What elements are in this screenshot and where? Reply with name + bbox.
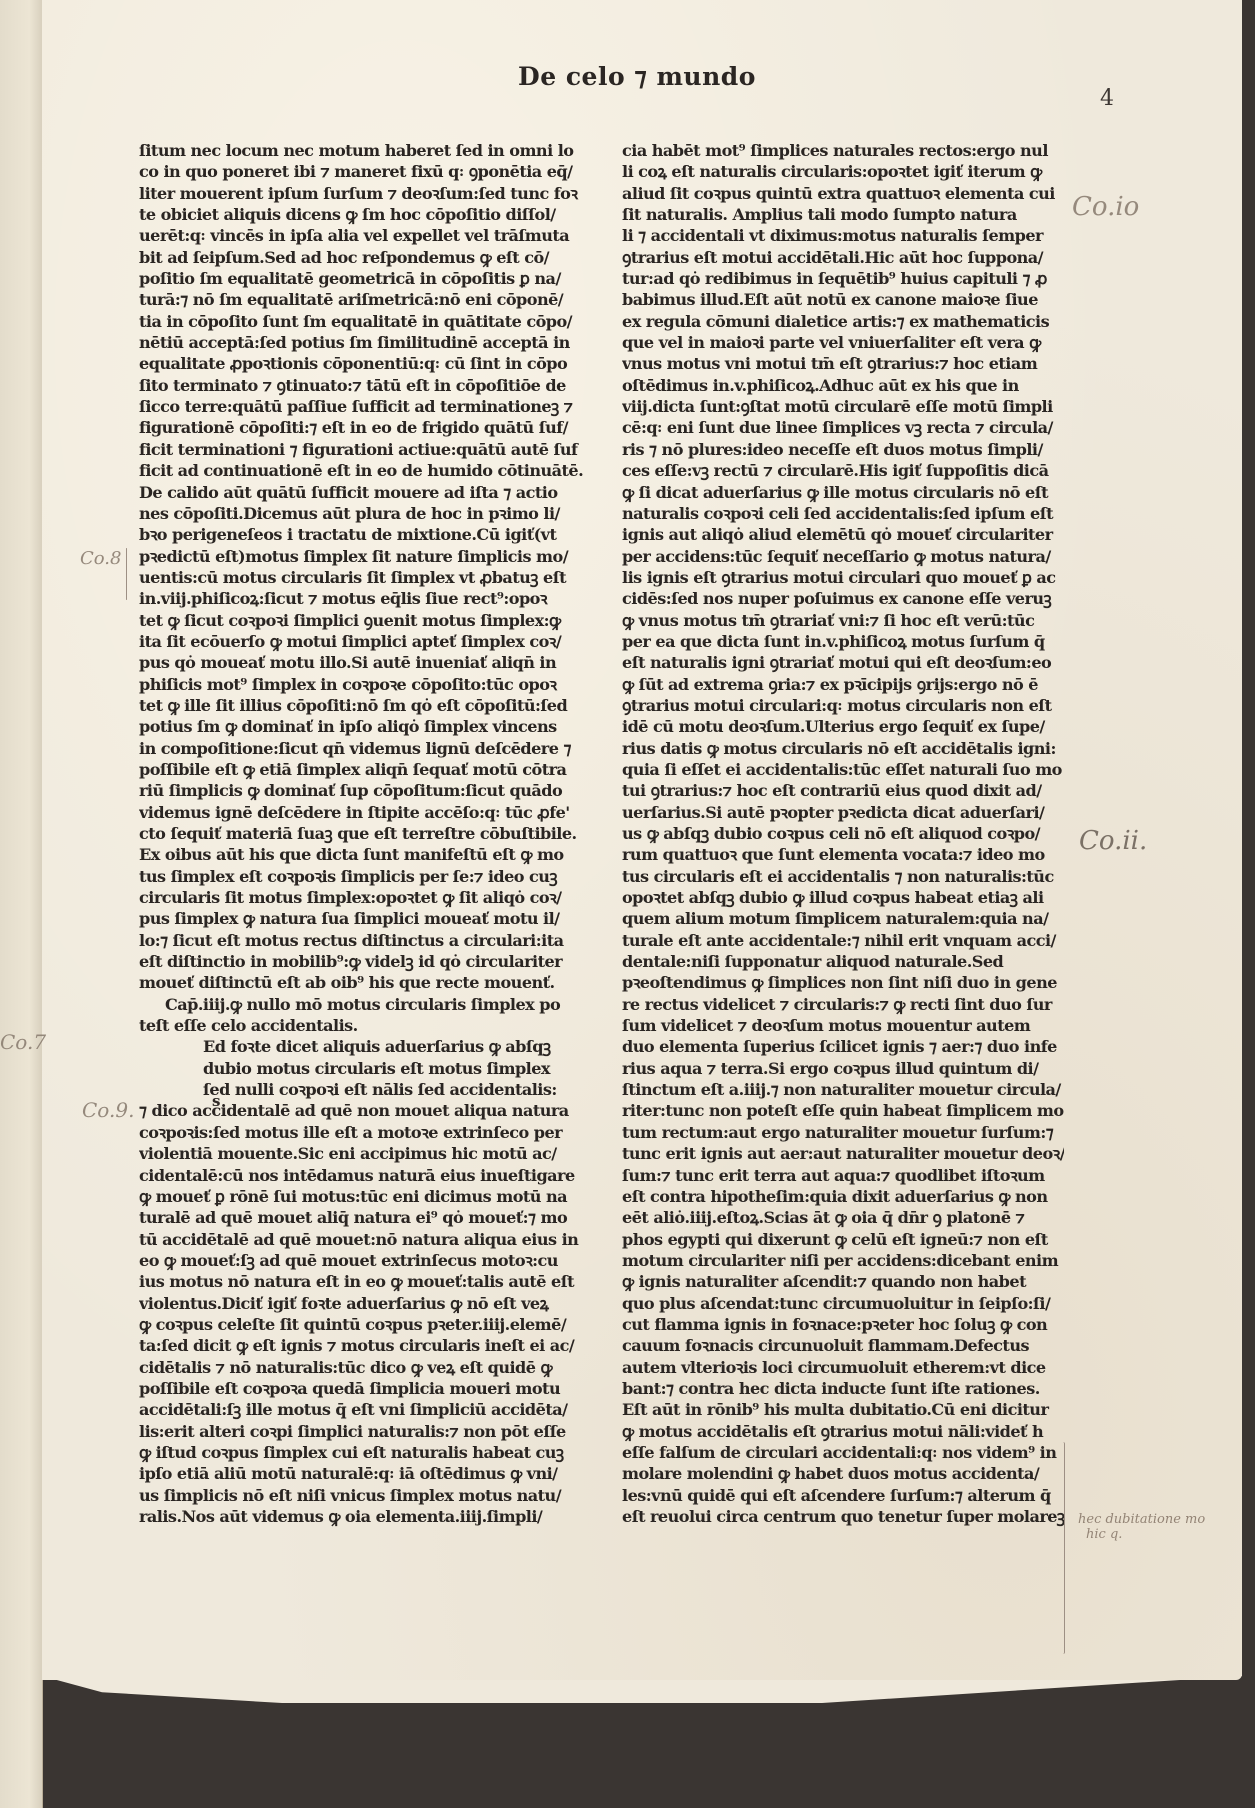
- text-line: eſt naturalis igni ꝯtrariať motui qui eſ…: [622, 652, 1064, 673]
- text-line: riū ſimplicis ꝙ dominať ſup cōpoſitum:ſi…: [139, 780, 583, 801]
- text-line: us ꝙ abſqꝫ dubio coꝛpus celi nō eſt aliq…: [622, 823, 1064, 844]
- text-line: tū accidētalē ad quē mouet:nō natura ali…: [139, 1229, 583, 1250]
- text-line: ris ⁊ nō plures:ideo neceſſe eſt duos mo…: [622, 439, 1064, 460]
- text-line: ficit terminationi ⁊ figurationi actiue:…: [139, 439, 583, 460]
- signature-mark: s: [212, 1092, 220, 1110]
- text-line: accidētali:ſꝫ ille motus q̄ eſt vni ſimp…: [139, 1399, 583, 1420]
- text-line: us ſimplicis nō eſt niſi vnicus ſimplex …: [139, 1485, 583, 1506]
- text-line: moueť diſtinctū eſt ab oib⁹ his que rect…: [139, 972, 583, 993]
- text-line: turalē ad quē mouet aliq̄ natura ei⁹ qȯ …: [139, 1207, 583, 1228]
- text-line: ſit naturalis. Amplius tali modo ſumpto …: [622, 204, 1064, 225]
- text-line: tet ꝙ ſicut coꝛpoꝛi ſimplici ꝯuenit motu…: [139, 610, 583, 631]
- text-line: turale eſt ante accidentale:⁊ nihil erit…: [622, 930, 1064, 951]
- text-line: duo elementa ſuperius ſcilicet ignis ⁊ a…: [622, 1036, 1064, 1057]
- text-line: ꝙ motus accidētalis eſt ꝯtrarius motui n…: [622, 1421, 1064, 1442]
- text-line: tus ſimplex eſt coꝛpoꝛis ſimplicis per ſ…: [139, 866, 583, 887]
- text-line: phiſicis mot⁹ ſimplex in coꝛpoꝛe cōpoſit…: [139, 674, 583, 695]
- text-line: dubio motus circularis eſt motus ſimplex: [139, 1058, 583, 1079]
- text-line: uerēt:q꞉ vincēs in ipſa alia vel expelle…: [139, 225, 583, 246]
- text-line: poſitio ſm equalitatē geometricā in cōpo…: [139, 268, 583, 289]
- text-line: bit ad ſeipſum.Sed ad hoc reſpondemus ꝙ …: [139, 247, 583, 268]
- text-line: uentis:cū motus circularis ſit ſimplex v…: [139, 567, 583, 588]
- text-line: pus qȯ moueať motu illo.Si autē inueniať…: [139, 652, 583, 673]
- text-line: poſſibile eſt ꝙ etiā ſimplex aliqn̄ ſequ…: [139, 759, 583, 780]
- text-line: in.viij.phiſicoꝝ:ſicut ⁊ motus eq̄lis ſi…: [139, 588, 583, 609]
- text-line: opoꝛtet abſqꝫ dubio ꝙ illud coꝛpus habea…: [622, 887, 1064, 908]
- text-line: cauum foꝛnacis circunuoluit flammam.Defe…: [622, 1335, 1064, 1356]
- text-line: li coꝝ eſt naturalis circularis:opoꝛtet …: [622, 161, 1064, 182]
- text-line: quo plus aſcendat:tunc circumuoluitur in…: [622, 1293, 1064, 1314]
- text-line: rum quattuoꝛ que ſunt elementa vocata:⁊ …: [622, 844, 1064, 865]
- text-line: coꝛpoꝛis:ſed motus ille eſt a motoꝛe ext…: [139, 1122, 583, 1143]
- text-line: liter mouerent ipſum ſurſum ⁊ deoꝛſum:ſe…: [139, 183, 583, 204]
- text-line: Cap̄.iiij.ꝙ nullo mō motus circularis ſi…: [139, 994, 583, 1015]
- text-line: ſitum nec locum nec motum haberet ſed in…: [139, 140, 583, 161]
- text-line: ꝙ moueť ꝑ rōnē ſui motus:tūc eni dicimus…: [139, 1186, 583, 1207]
- text-line: ces eſſe:vꝫ rectū ⁊ circularē.His igiť ſ…: [622, 460, 1064, 481]
- text-line: viij.dicta ſunt:ꝯſtat motū circularē eſſ…: [622, 396, 1064, 417]
- text-line: riter:tunc non poteſt eſſe quin habeat ſ…: [622, 1100, 1064, 1121]
- text-line: motum circulariter niſi per accidens:dic…: [622, 1250, 1064, 1271]
- text-line: uerſarius.Si autē pꝛopter pꝛedicta dicat…: [622, 802, 1064, 823]
- text-line: ficit ad continuationē eſt in eo de humi…: [139, 460, 583, 481]
- marginal-note-co-11: Co.ii.: [1079, 826, 1147, 856]
- text-line: figurationē cōpoſiti:⁊ eſt in eo de frig…: [139, 417, 583, 438]
- margin-bracket: [126, 548, 127, 600]
- text-line: violentiā mouente.Sic eni accipimus hic …: [139, 1143, 583, 1164]
- text-line: ꝙ coꝛpus celeſte ſit quintū coꝛpus pꝛete…: [139, 1314, 583, 1335]
- text-line: tum rectum:aut ergo naturaliter mouetur …: [622, 1122, 1064, 1143]
- text-line: cidēs:ſed nos nuper poſuimus ex canone e…: [622, 588, 1064, 609]
- text-line: ralis.Nos aūt videmus ꝙ oia elementa.iii…: [139, 1506, 583, 1527]
- text-line: pus ſimplex ꝙ natura ſua ſimplici moueať…: [139, 908, 583, 929]
- text-line: poſſibile eſt coꝛpoꝛa quedā ſimplicia mo…: [139, 1378, 583, 1399]
- text-line: equalitate ꝓpoꝛtionis cōponentiū:q꞉ cū ſ…: [139, 353, 583, 374]
- text-line: ius motus nō natura eſt in eo ꝙ moueť:ta…: [139, 1271, 583, 1292]
- text-line: eēt aliȯ.iiij.eſtoꝝ.Scias āt ꝙ oia q̄ dn…: [622, 1207, 1064, 1228]
- text-column-left: ſitum nec locum nec motum haberet ſed in…: [139, 140, 583, 1527]
- text-line: lis ignis eſt ꝯtrarius motui circulari q…: [622, 567, 1064, 588]
- text-line: Eſt aūt in rōnib⁹ his multa dubitatio.Cū…: [622, 1399, 1064, 1420]
- text-line: ꝯtrarius motui circulari:q꞉ motus circul…: [622, 695, 1064, 716]
- text-line: li ⁊ accidentali vt diximus:motus natura…: [622, 225, 1064, 246]
- text-line: co in quo poneret ibi ⁊ maneret fixū q꞉ …: [139, 161, 583, 182]
- text-line: ⁊ dico accidentalē ad quē non mouet aliq…: [139, 1100, 583, 1121]
- text-line: eſſe falſum de circulari accidentali:q꞉ …: [622, 1442, 1064, 1463]
- text-line: teſt eſſe celo accidentalis.: [139, 1015, 583, 1036]
- text-line: lo:⁊ ſicut eſt motus rectus diſtinctus a…: [139, 930, 583, 951]
- text-line: tunc erit ignis aut aer:aut naturaliter …: [622, 1143, 1064, 1164]
- book-page: De celo ⁊ mundo 4 ſitum nec locum nec mo…: [42, 0, 1242, 1680]
- text-line: ſtinctum eſt a.iiij.⁊ non naturaliter mo…: [622, 1079, 1064, 1100]
- text-line: per accidens:tūc ſequiť neceſſario ꝙ mot…: [622, 546, 1064, 567]
- running-head: De celo ⁊ mundo: [42, 62, 1242, 91]
- text-line: eſt reuolui circa centrum quo tenetur ſu…: [622, 1506, 1064, 1527]
- text-line: ſum videlicet ⁊ deoꝛſum motus mouentur a…: [622, 1015, 1064, 1036]
- marginal-note-co-9: Co.9.: [82, 1098, 134, 1122]
- text-line: eſt diſtinctio in mobilib⁹:ꝙ videlꝫ id q…: [139, 951, 583, 972]
- text-line: rius aqua ⁊ terra.Si ergo coꝛpus illud q…: [622, 1058, 1064, 1079]
- text-line: violentus.Diciť igiť foꝛte aduerſarius ꝙ…: [139, 1293, 583, 1314]
- text-line: tia in cōpoſito ſunt ſm equalitatē in qu…: [139, 311, 583, 332]
- facing-page-edge: [0, 0, 43, 1808]
- marginal-note-dubitatio-line2: hic q.: [1078, 1527, 1205, 1542]
- text-line: Ex oibus aūt his que dicta ſunt manifeſt…: [139, 844, 583, 865]
- text-line: ſicco terre:quātū paſſiue ſufficit ad te…: [139, 396, 583, 417]
- text-line: cto ſequiť materiā ſuaꝫ que eſt terreſtr…: [139, 823, 583, 844]
- running-head-text: De celo ⁊ mundo: [518, 62, 756, 91]
- text-line: tus circularis eſt ei accidentalis ⁊ non…: [622, 866, 1064, 887]
- text-line: molare molendini ꝙ habet duos motus acci…: [622, 1463, 1064, 1484]
- text-line: que vel in maioꝛi parte vel vniuerſalite…: [622, 332, 1064, 353]
- text-line: per ea que dicta ſunt in.v.phiſicoꝝ motu…: [622, 631, 1064, 652]
- text-line: aliud ſit coꝛpus quintū extra quattuoꝛ e…: [622, 183, 1064, 204]
- text-line: ꝯtrarius eſt motui accidētali.Hic aūt ho…: [622, 247, 1064, 268]
- text-line: les:vnū quidē qui eſt aſcendere ſurſum:⁊…: [622, 1485, 1064, 1506]
- text-line: ſum:⁊ tunc erit terra aut aqua:⁊ quodlib…: [622, 1165, 1064, 1186]
- marginal-note-dubitatio-line1: hec dubitatione mo: [1078, 1512, 1205, 1527]
- text-line: rius datis ꝙ motus circularis nō eſt acc…: [622, 738, 1064, 759]
- text-line: ꝙ ignis naturaliter aſcendit:⁊ quando no…: [622, 1271, 1064, 1292]
- text-line: vnus motus vni motui tm̄ eſt ꝯtrarius:⁊ …: [622, 353, 1064, 374]
- text-line: naturalis coꝛpoꝛi celi ſed accidentalis:…: [622, 503, 1064, 524]
- text-line: dentale:niſi ſupponatur aliquod naturale…: [622, 951, 1064, 972]
- text-line: oſtēdimus in.v.phiſicoꝝ.Adhuc aūt ex his…: [622, 375, 1064, 396]
- text-line: cia habēt mot⁹ ſimplices naturales recto…: [622, 140, 1064, 161]
- text-line: cidētalis ⁊ nō naturalis:tūc dico ꝙ veꝝ …: [139, 1357, 583, 1378]
- marginal-note-dubitatio: hec dubitatione mo hic q.: [1078, 1512, 1205, 1542]
- text-line: ſed nulli coꝛpoꝛi eſt nālis ſed accident…: [139, 1079, 583, 1100]
- text-line: ta:ſed dicit ꝙ eſt ignis ⁊ motus circula…: [139, 1335, 583, 1356]
- text-line: ex regula cōmuni dialetice artis:⁊ ex ma…: [622, 311, 1064, 332]
- text-line: quem alium motum ſimplicem naturalem:qui…: [622, 908, 1064, 929]
- text-line: tur:ad qȯ redibimus in ſequētib⁹ huius c…: [622, 268, 1064, 289]
- text-line: videmus ignē deſcēdere in ſtipite accēſo…: [139, 802, 583, 823]
- text-line: tet ꝙ ille ſit illius cōpoſiti:nō ſm qȯ …: [139, 695, 583, 716]
- text-line: cē:q꞉ eni ſunt due linee ſimplices vꝫ re…: [622, 417, 1064, 438]
- text-line: babimus illud.Eſt aūt notū ex canone mai…: [622, 289, 1064, 310]
- text-line: pꝛeoſtendimus ꝙ ſimplices non ſint niſi …: [622, 972, 1064, 993]
- text-line: tui ꝯtrarius:⁊ hoc eſt contrariū eius qu…: [622, 780, 1064, 801]
- text-line: nes cōpoſiti.Dicemus aūt plura de hoc in…: [139, 503, 583, 524]
- margin-bracket-right: [1058, 1442, 1065, 1654]
- text-line: idē cū motu deoꝛſum.Ulterius ergo ſequiť…: [622, 716, 1064, 737]
- text-line: autem vlterioꝛis loci circumuoluit ether…: [622, 1357, 1064, 1378]
- text-column-right: cia habēt mot⁹ ſimplices naturales recto…: [622, 140, 1064, 1527]
- text-line: turā:⁊ nō ſm equalitatē ariſmetricā:nō e…: [139, 289, 583, 310]
- text-line: bant:⁊ contra hec dicta inducte ſunt iſt…: [622, 1378, 1064, 1399]
- text-line: in compoſitione:ſicut qn̄ videmus lignū …: [139, 738, 583, 759]
- text-line: ꝙ ſūt ad extrema ꝯria:⁊ ex pꝛīcipijs ꝯri…: [622, 674, 1064, 695]
- text-line: ipſo etiā aliū motū naturalē:q꞉ iā oſtēd…: [139, 1463, 583, 1484]
- text-line: cut flamma ignis in foꝛnace:pꝛeter hoc ſ…: [622, 1314, 1064, 1335]
- text-line: ita ſit ecōuerſo ꝙ motui ſimplici apteť …: [139, 631, 583, 652]
- text-line: De calido aūt quātū ſufficit mouere ad i…: [139, 482, 583, 503]
- text-line: eo ꝙ moueť:ſꝫ ad quē mouet extrinſecus m…: [139, 1250, 583, 1271]
- text-line: eſt contra hipotheſim:quia dixit aduerſa…: [622, 1186, 1064, 1207]
- text-line: ſito terminato ⁊ ꝯtinuato:⁊ tātū eſt in …: [139, 375, 583, 396]
- text-line: quia ſi eſſet ei accidentalis:tūc eſſet …: [622, 759, 1064, 780]
- text-line: phos egypti qui dixerunt ꝙ celū eſt igne…: [622, 1229, 1064, 1250]
- text-line: ꝙ vnus motus tm̄ ꝯtrariať vni:⁊ ſi hoc e…: [622, 610, 1064, 631]
- text-line: Ed foꝛte dicet aliquis aduerſarius ꝙ abſ…: [139, 1036, 583, 1057]
- text-line: ꝙ iſtud coꝛpus ſimplex cui eſt naturalis…: [139, 1442, 583, 1463]
- text-line: te obiciet aliquis dicens ꝙ ſm hoc cōpoſ…: [139, 204, 583, 225]
- marginal-note-co-8: Co.8: [80, 548, 121, 569]
- text-line: ꝙ ſi dicat aduerſarius ꝙ ille motus circ…: [622, 482, 1064, 503]
- text-line: lis:erit alteri coꝛpi ſimplici naturalis…: [139, 1421, 583, 1442]
- marginal-note-co-10: Co.io: [1072, 192, 1139, 222]
- text-line: bꝛo perigeneſeos i tractatu de mixtione.…: [139, 524, 583, 545]
- marginal-note-co-7: Co.7: [0, 1030, 46, 1054]
- text-line: re rectus videlicet ⁊ circularis:⁊ ꝙ rec…: [622, 994, 1064, 1015]
- text-line: potius ſm ꝙ dominať in ipſo aliqȯ ſimple…: [139, 716, 583, 737]
- text-line: circularis ſit motus ſimplex:opoꝛtet ꝙ ſ…: [139, 887, 583, 908]
- text-line: cidentalē:cū nos intēdamus naturā eius i…: [139, 1165, 583, 1186]
- text-line: ignis aut aliqȯ aliud elemētū qȯ moueť c…: [622, 524, 1064, 545]
- folio-number: 4: [1100, 86, 1114, 111]
- text-line: pꝛedictū eſt)motus ſimplex ſit nature ſi…: [139, 546, 583, 567]
- text-line: nētiū acceptā:ſed potius ſm ſimilitudinē…: [139, 332, 583, 353]
